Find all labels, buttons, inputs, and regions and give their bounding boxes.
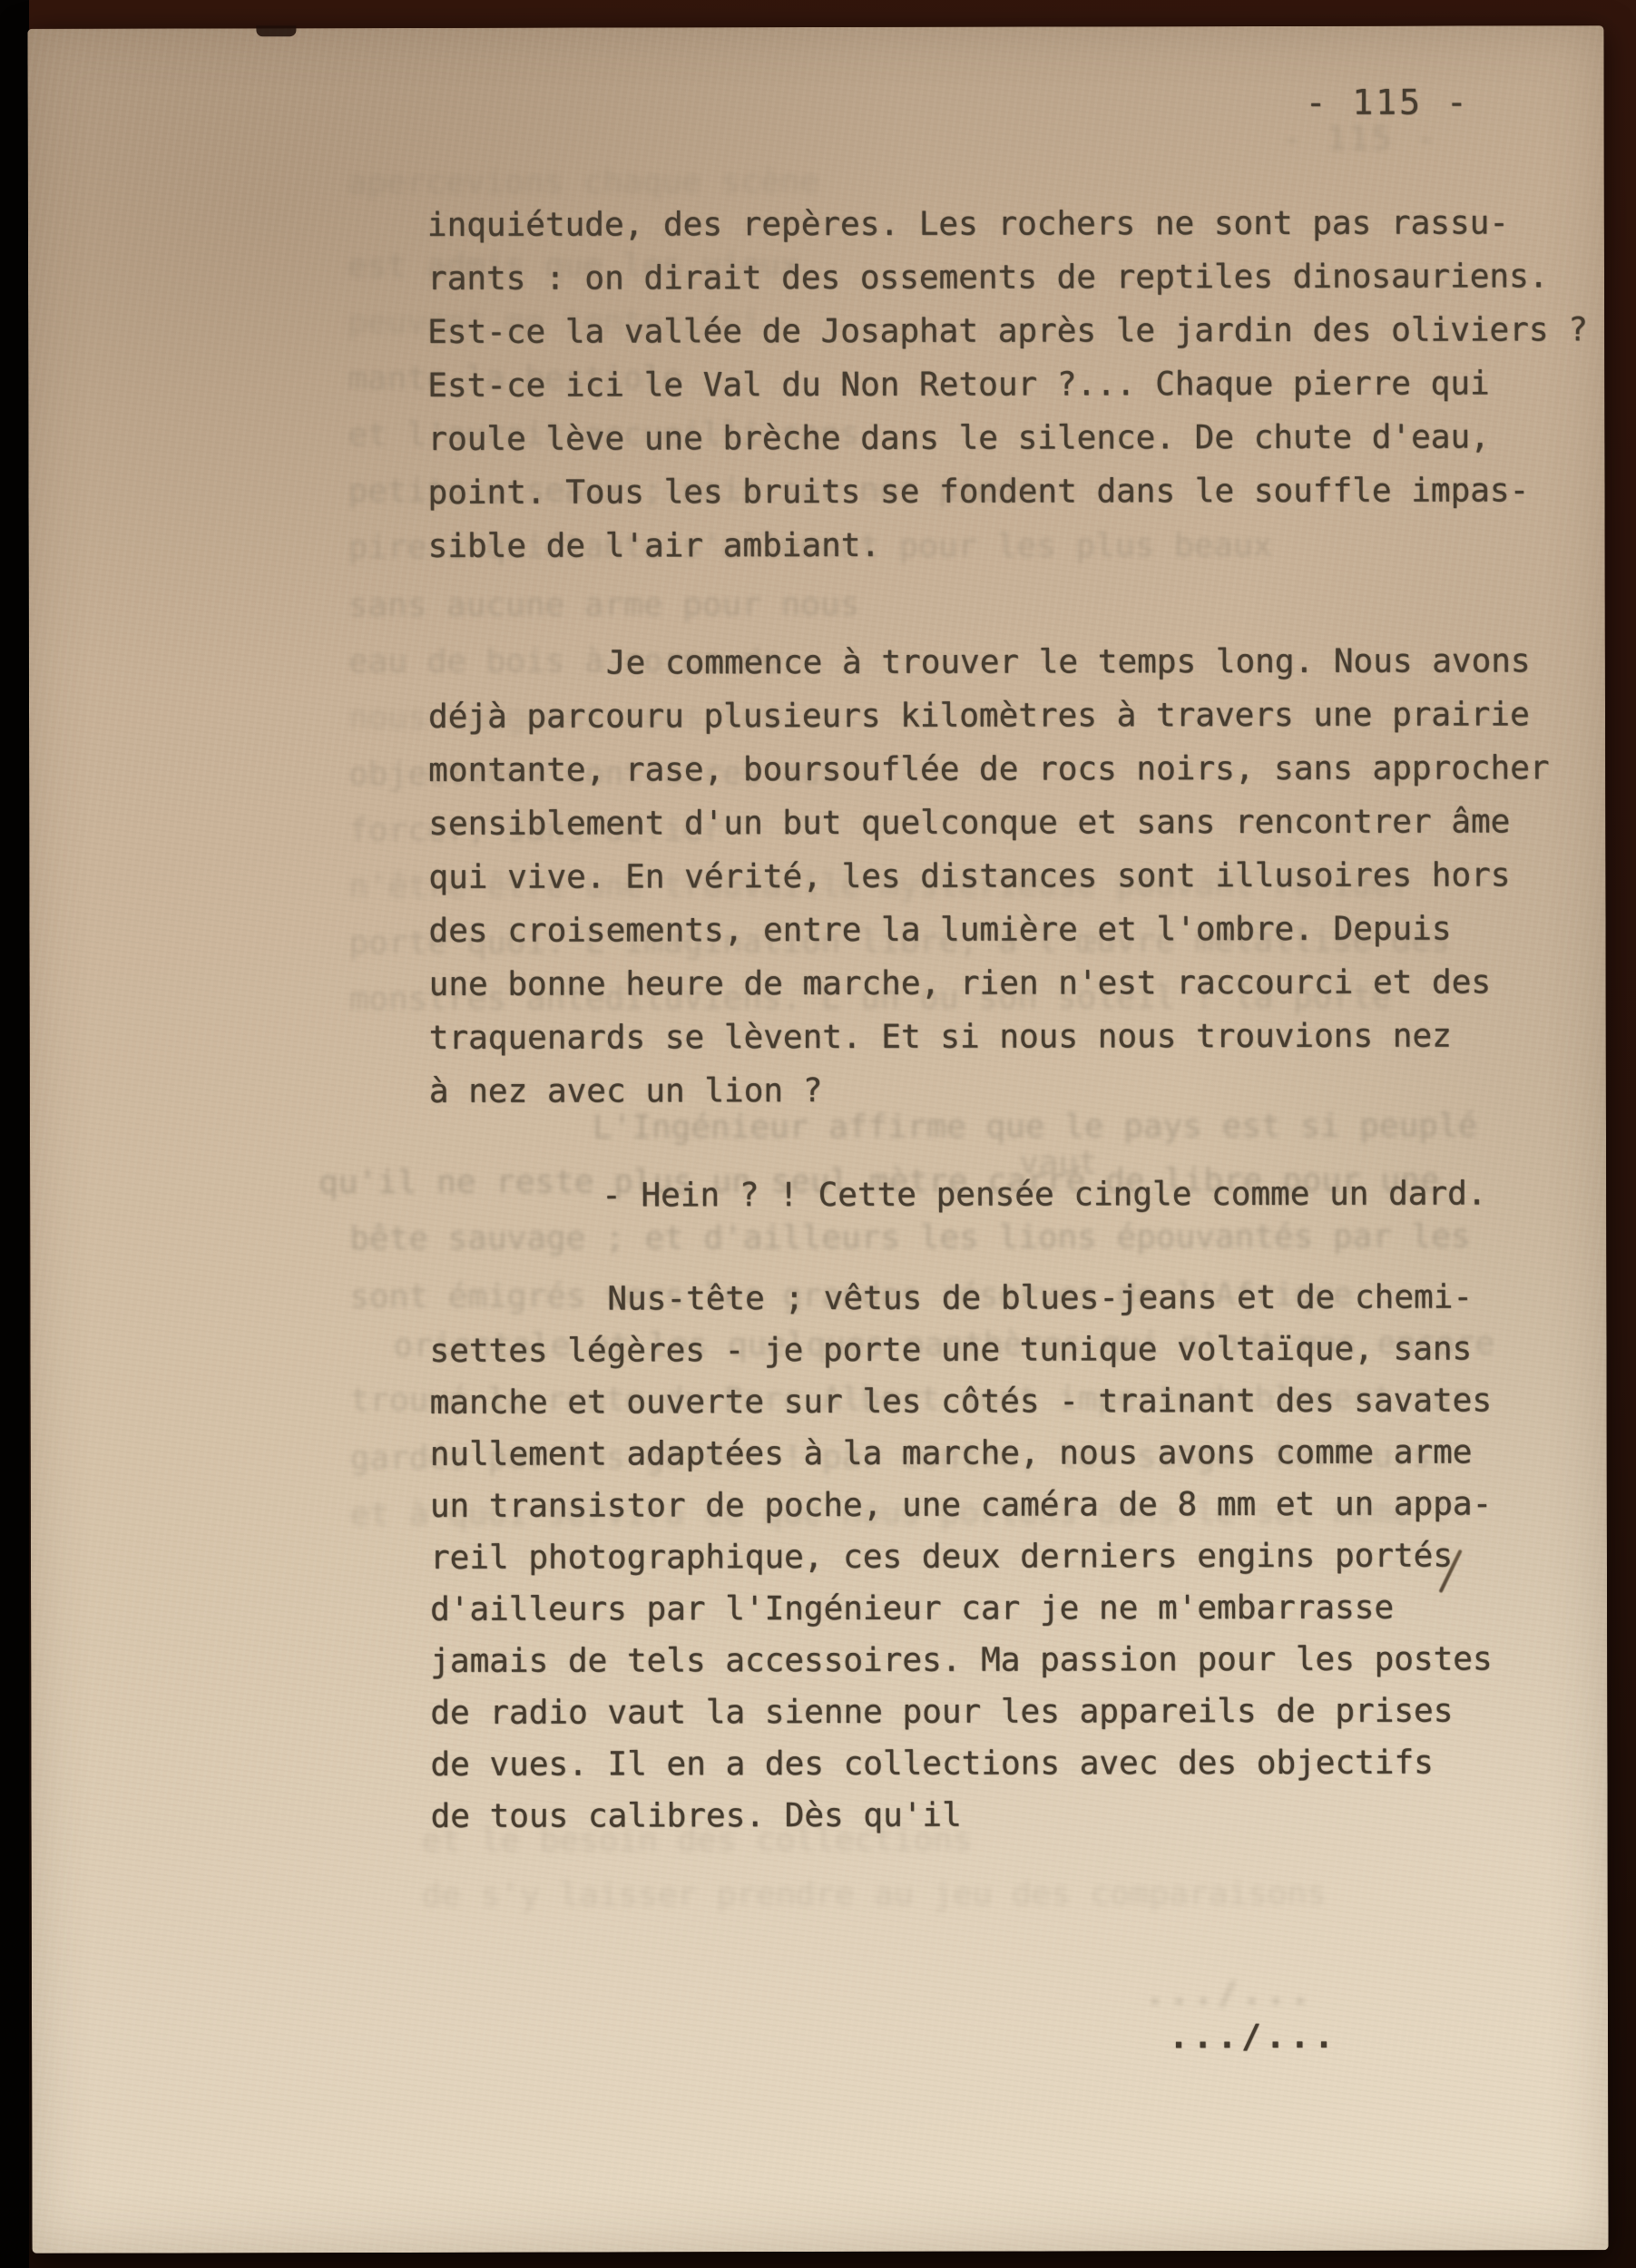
typed-line: sensiblement d'un but quelconque et sans… bbox=[428, 795, 1550, 851]
typed-line: qui vive. En vérité, les distances sont … bbox=[428, 848, 1550, 904]
typed-line: rants : on dirait des ossements de repti… bbox=[427, 249, 1588, 306]
typed-paragraph-2: Je commence à trouver le temps long. Nou… bbox=[428, 634, 1551, 1119]
black-left-edge bbox=[0, 0, 29, 2268]
page-number: - 115 - bbox=[1306, 82, 1470, 122]
typed-line: des croisements, entre la lumière et l'o… bbox=[428, 902, 1550, 958]
ghost-line: sans aucune arme pour nous bbox=[348, 586, 860, 624]
ghost-line: bête sauvage ; et d'ailleurs les lions é… bbox=[349, 1217, 1471, 1257]
typed-line: d'ailleurs par l'Ingénieur car je ne m'e… bbox=[430, 1581, 1493, 1635]
typed-line: manche et ouverte sur les côtés - traina… bbox=[430, 1374, 1493, 1428]
typed-paragraph-4: Nus-tête ; vêtus de blues-jeans et de ch… bbox=[429, 1271, 1493, 1842]
ghost-continuation-mark: .../... bbox=[1145, 1975, 1315, 2012]
typed-line: montante, rase, boursouflée de rocs noir… bbox=[428, 741, 1550, 797]
typed-line: point. Tous les bruits se fondent dans l… bbox=[427, 464, 1588, 520]
ghost-line: apercevions chaque scène bbox=[348, 163, 819, 201]
typed-line: sible de l'air ambiant. bbox=[428, 517, 1589, 573]
typed-line-with-annotation: reil photographique, ces deux derniers e… bbox=[430, 1530, 1493, 1583]
typed-line: à nez avec un lion ? bbox=[429, 1062, 1551, 1119]
typed-line: Est-ce ici le Val du Non Retour ?... Cha… bbox=[427, 357, 1588, 413]
typed-paragraph-1: inquiétude, des repères. Les rochers ne … bbox=[427, 196, 1589, 573]
paper-top-edge-notch bbox=[256, 25, 296, 36]
typed-line: Nus-tête ; vêtus de blues-jeans et de ch… bbox=[429, 1271, 1492, 1325]
typed-line: déjà parcouru plusieurs kilomètres à tra… bbox=[428, 688, 1550, 744]
typed-paragraph-3: - Hein ? ! Cette pensée cingle comme un … bbox=[429, 1167, 1486, 1222]
typed-line: nullement adaptées à la marche, nous avo… bbox=[430, 1426, 1493, 1480]
ghost-page-number: - 115 - bbox=[1282, 121, 1439, 158]
typed-line: - Hein ? ! Cette pensée cingle comme un … bbox=[429, 1167, 1486, 1222]
typed-line: de vues. Il en a des collections avec de… bbox=[430, 1736, 1493, 1790]
typed-line: Est-ce la vallée de Josaphat après le ja… bbox=[427, 303, 1588, 359]
typed-line: traquenards se lèvent. Et si nous nous t… bbox=[429, 1009, 1551, 1065]
typed-line: de radio vaut la sienne pour les apparei… bbox=[430, 1685, 1493, 1738]
typed-line-text: reil photographique, ces deux derniers e… bbox=[430, 1538, 1453, 1577]
ghost-line: de s'y laisser prendre au jeu des compar… bbox=[422, 1875, 1327, 1914]
typed-line: settes légères - je porte une tunique vo… bbox=[429, 1323, 1492, 1376]
typed-line: une bonne heure de marche, rien n'est ra… bbox=[429, 955, 1551, 1012]
photo-of-typewritten-page: - 115 - - 115 - apercevions chaque scène… bbox=[0, 0, 1636, 2268]
typed-line: un transistor de poche, une caméra de 8 … bbox=[430, 1478, 1493, 1531]
typed-line: jamais de tels accessoires. Ma passion p… bbox=[430, 1633, 1493, 1686]
continuation-mark: .../... bbox=[1169, 2019, 1338, 2056]
typed-line: de tous calibres. Dès qu'il bbox=[431, 1788, 1494, 1842]
typed-line: roule lève une brèche dans le silence. D… bbox=[427, 410, 1588, 466]
typed-line: inquiétude, des repères. Les rochers ne … bbox=[427, 196, 1588, 252]
paper-sheet: - 115 - - 115 - apercevions chaque scène… bbox=[27, 25, 1608, 2253]
typed-line: Je commence à trouver le temps long. Nou… bbox=[428, 634, 1550, 690]
